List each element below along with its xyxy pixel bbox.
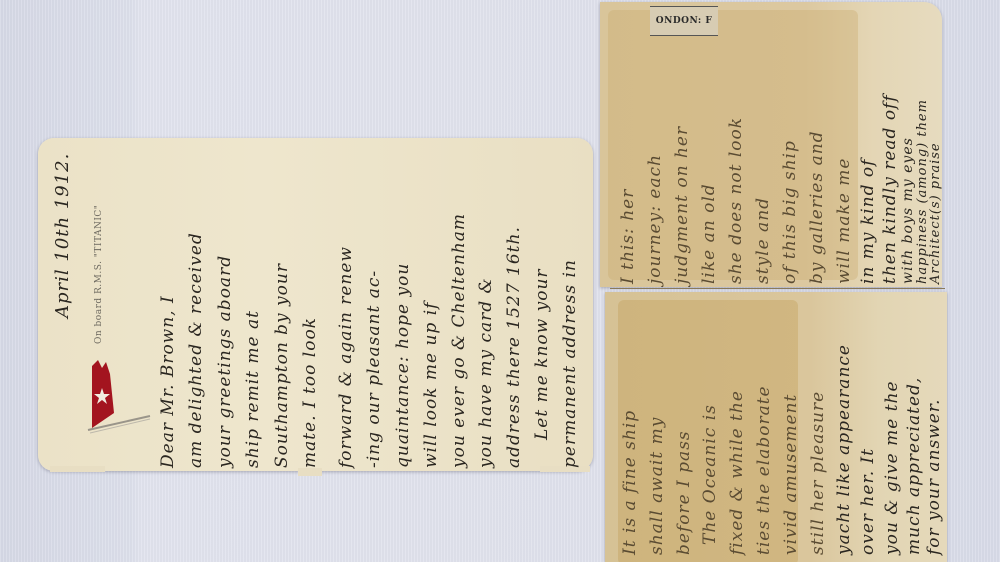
white-star-line-flag-icon	[84, 358, 154, 438]
letter-line: you & give me the	[882, 380, 902, 555]
letter-line: she does not look	[726, 117, 746, 284]
letter-line: Southampton by your	[272, 263, 292, 468]
letter-line: ties the elaborate	[754, 385, 774, 555]
letter-line: by galleries and	[807, 130, 827, 284]
letter-line: for your answer.	[924, 399, 944, 555]
letter-line: journey: each	[645, 154, 665, 284]
card-tear-line	[610, 288, 945, 289]
letter-line: over her. It	[858, 448, 878, 555]
letter-line: Dear Mr. Brown, I	[158, 295, 178, 468]
printed-label-strip: ONDON: F	[650, 6, 718, 36]
letter-line: will make me	[834, 158, 854, 284]
letter-line: The Oceanic is	[700, 404, 720, 545]
letter-line: address there 1527 16th.	[504, 226, 524, 468]
paper-tab	[298, 468, 322, 476]
letter-line: permanent address in	[560, 259, 580, 468]
letter-line: forward & again renew	[336, 246, 356, 468]
letter-line: Architect(s) praise	[928, 142, 943, 284]
letterhead-titanic: On board R.M.S. "TITANIC"	[94, 205, 104, 344]
letter-line: will look me up if	[421, 302, 441, 468]
letter-line: Let me know your	[532, 268, 552, 440]
letter-line: in my kind of	[858, 159, 878, 284]
letter-line: quaintance: hope you	[393, 263, 413, 468]
letter-line: judgment on her	[672, 126, 692, 284]
letter-line: then kindly read off	[880, 94, 900, 284]
letter-line: with boys my eyes	[900, 137, 916, 284]
letter-line: your greetings aboard	[215, 255, 235, 468]
letter-line: like an old	[699, 183, 719, 284]
letter-line: still her pleasure	[808, 391, 828, 555]
paper-tab	[50, 466, 105, 472]
letter-line: ship remit me at	[243, 310, 263, 468]
letter-line: of this big ship	[780, 140, 800, 284]
letter-date: April 10th 1912.	[52, 153, 73, 318]
letter-line: shall await my	[647, 417, 667, 555]
letter-line: mate. I too look	[300, 317, 320, 468]
letter-line: I this: her	[618, 189, 638, 284]
letter-line: am delighted & received	[186, 232, 206, 468]
letter-line: you have my card &	[476, 277, 496, 468]
letter-line: before I pass	[674, 430, 694, 555]
letter-line: yacht like appearance	[834, 344, 854, 555]
letter-line: you ever go & Cheltenham	[449, 213, 469, 468]
letter-line: It is a fine ship	[620, 410, 640, 555]
letter-line: style and	[753, 197, 773, 284]
letter-line: much appreciated,	[904, 377, 924, 555]
letter-line: vivid amusement	[781, 394, 801, 555]
letter-line: fixed & while the	[727, 390, 747, 555]
letter-line: -ing our pleasant ac-	[364, 270, 384, 468]
